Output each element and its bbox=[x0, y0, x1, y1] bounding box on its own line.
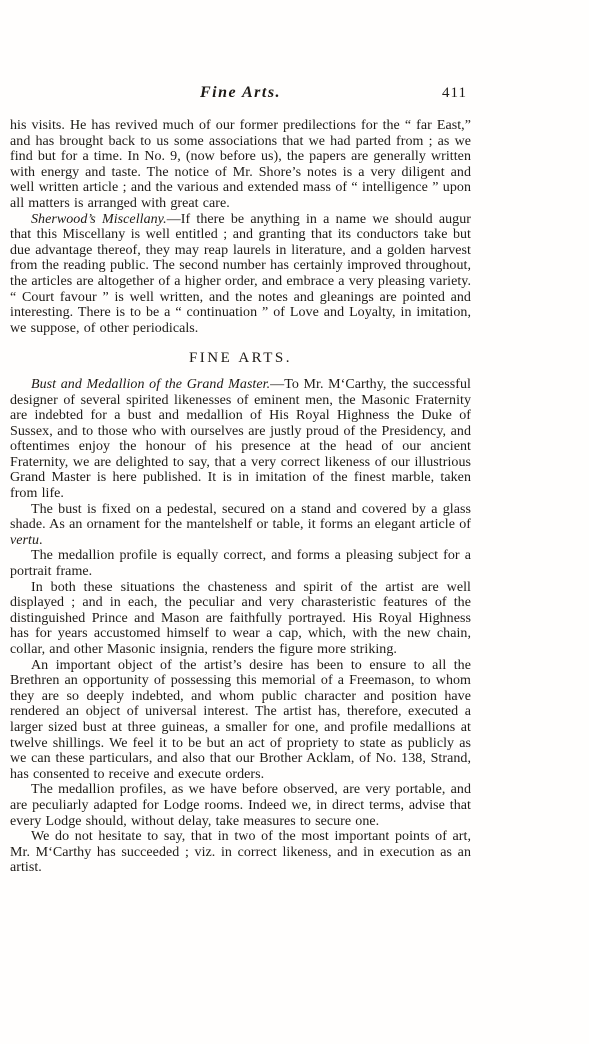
fine-arts-section: Bust and Medallion of the Grand Master.—… bbox=[10, 377, 471, 876]
running-header: Fine Arts. 411 bbox=[10, 84, 471, 102]
italic-run: vertu bbox=[10, 533, 39, 548]
paragraph: Bust and Medallion of the Grand Master.—… bbox=[10, 377, 471, 502]
text-run: The medallion profiles, as we have befor… bbox=[10, 782, 471, 828]
paragraph: The medallion profiles, as we have befor… bbox=[10, 782, 471, 829]
paragraph: his visits. He has revived much of our f… bbox=[10, 118, 471, 212]
text-run: . bbox=[39, 533, 43, 548]
text-run: The bust is fixed on a pedestal, secured… bbox=[10, 502, 471, 533]
text-run: We do not hesitate to say, that in two o… bbox=[10, 829, 471, 875]
running-header-title: Fine Arts. bbox=[200, 84, 281, 101]
page-body: his visits. He has revived much of our f… bbox=[10, 118, 471, 876]
paragraph: An important object of the artist’s desi… bbox=[10, 658, 471, 783]
intro-section: his visits. He has revived much of our f… bbox=[10, 118, 471, 336]
text-run: —If there be anything in a name we shoul… bbox=[10, 212, 471, 336]
paragraph: The bust is fixed on a pedestal, secured… bbox=[10, 502, 471, 549]
paragraph: Sherwood’s Miscellany.—If there be anyth… bbox=[10, 212, 471, 337]
page-content: Fine Arts. 411 his visits. He has revive… bbox=[10, 84, 471, 876]
section-heading: FINE ARTS. bbox=[10, 351, 471, 367]
italic-run: Sherwood’s Miscellany. bbox=[31, 212, 167, 227]
paragraph: In both these situations the chasteness … bbox=[10, 580, 471, 658]
paragraph: The medallion profile is equally correct… bbox=[10, 548, 471, 579]
document-page: Fine Arts. 411 his visits. He has revive… bbox=[0, 0, 589, 1044]
text-run: The medallion profile is equally correct… bbox=[10, 548, 471, 579]
text-run: his visits. He has revived much of our f… bbox=[10, 118, 471, 211]
text-run: In both these situations the chasteness … bbox=[10, 580, 471, 657]
page-number: 411 bbox=[442, 85, 467, 102]
italic-run: Bust and Medallion of the Grand Master. bbox=[31, 377, 270, 392]
text-run: An important object of the artist’s desi… bbox=[10, 658, 471, 782]
text-run: —To Mr. M‘Carthy, the successful designe… bbox=[10, 377, 471, 501]
paragraph: We do not hesitate to say, that in two o… bbox=[10, 829, 471, 876]
